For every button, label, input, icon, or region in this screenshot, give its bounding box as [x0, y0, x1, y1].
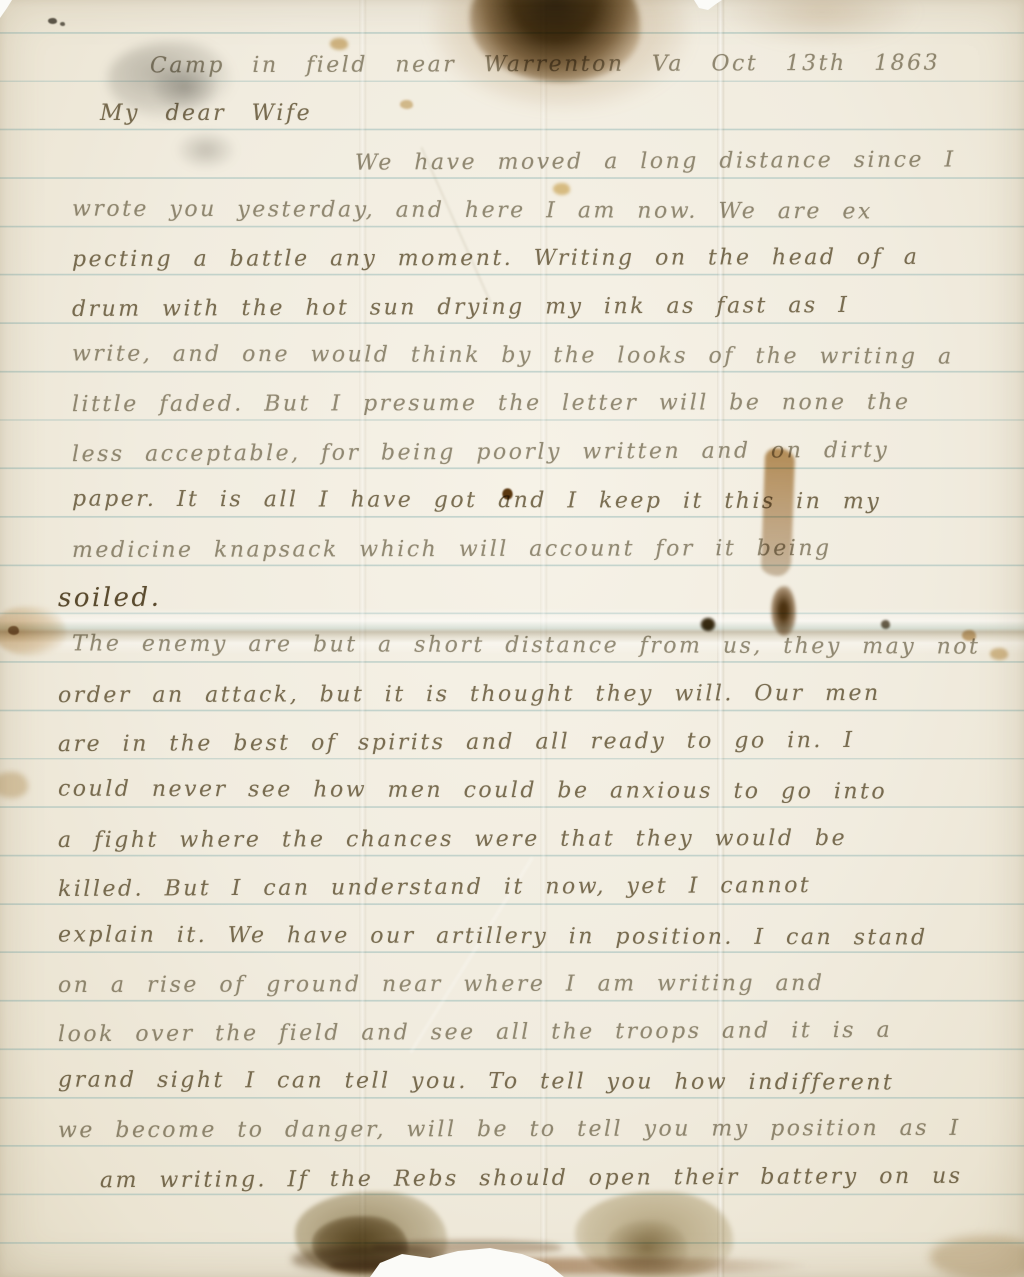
letter-line: are in the best of spirits and all ready… [58, 728, 855, 757]
letter-line: grand sight I can tell you. To tell you … [58, 1068, 894, 1096]
letter-line: pecting a battle any moment. Writing on … [72, 245, 919, 272]
letter-line: medicine knapsack which will account for… [72, 536, 832, 563]
letter-line: look over the field and see all the troo… [58, 1018, 892, 1047]
letter-salutation: My dear Wife [100, 101, 312, 126]
letter-line: less acceptable, for being poorly writte… [72, 438, 889, 467]
letter-line: a fight where the chances were that they… [58, 826, 847, 853]
letter-line: We have moved a long distance since I [355, 147, 956, 175]
letter-paper: Camp in field near Warrenton Va Oct 13th… [0, 0, 1024, 1277]
letter-line: The enemy are but a short distance from … [72, 631, 981, 659]
letter-line: on a rise of ground near where I am writ… [58, 971, 824, 998]
letter-line: write, and one would think by the looks … [72, 341, 954, 369]
scanned-letter-canvas: Camp in field near Warrenton Va Oct 13th… [0, 0, 1024, 1277]
letter-line: drum with the hot sun drying my ink as f… [72, 293, 850, 322]
letter-line: soiled. [58, 583, 162, 614]
letter-line: killed. But I can understand it now, yet… [58, 873, 811, 902]
letter-line: could never see how men could be anxious… [58, 777, 887, 805]
letter-line: order an attack, but it is thought they … [58, 681, 881, 708]
letter-line: little faded. But I presume the letter w… [72, 390, 911, 417]
letter-line: explain it. We have our artillery in pos… [58, 922, 928, 950]
letter-dateline: Camp in field near Warrenton Va Oct 13th… [150, 51, 940, 79]
letter-line: we become to danger, will be to tell you… [58, 1116, 961, 1143]
letter-line: am writing. If the Rebs should open thei… [100, 1164, 963, 1194]
letter-line: wrote you yesterday, and here I am now. … [72, 197, 873, 225]
letter-line: paper. It is all I have got and I keep i… [72, 487, 881, 515]
